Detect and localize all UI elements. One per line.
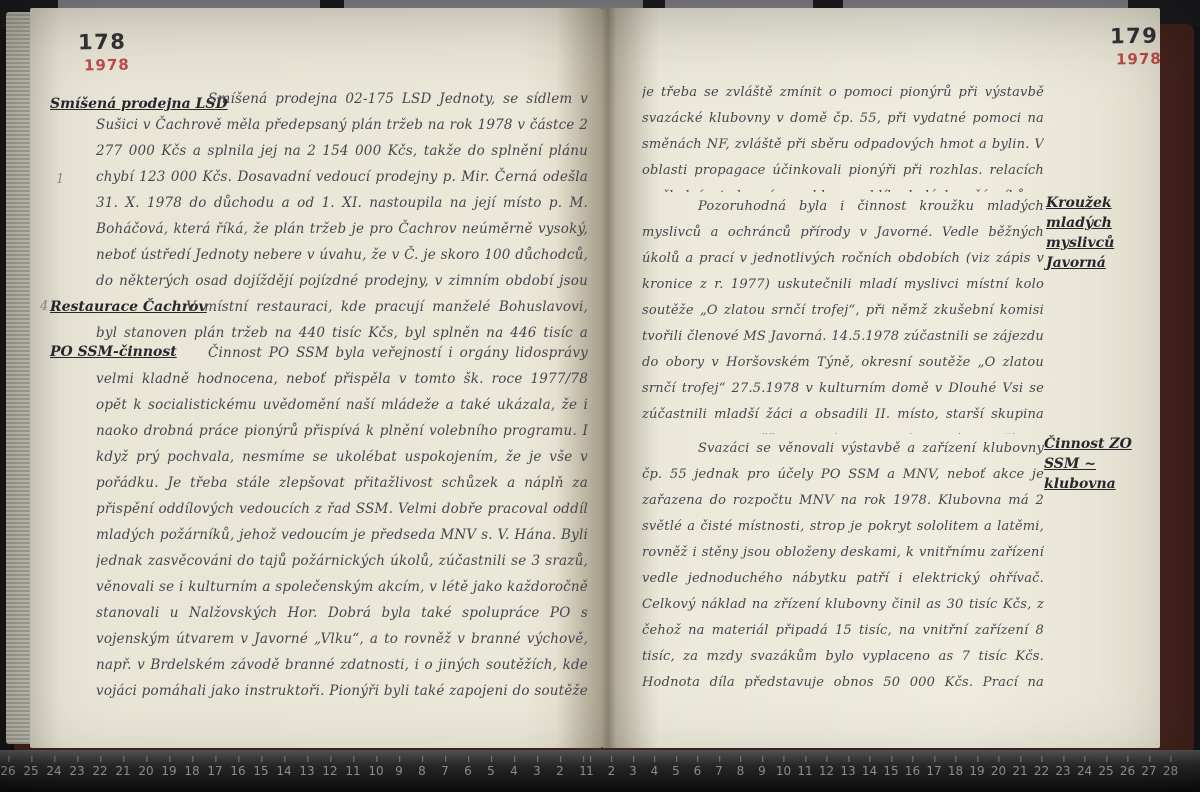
ruler-number: 19 bbox=[161, 764, 176, 778]
ruler-number: 8 bbox=[418, 764, 426, 778]
ruler-number: 3 bbox=[533, 764, 541, 778]
ruler-number: 11 bbox=[797, 764, 812, 778]
heading-krouzek-myslivcu: Kroužek mladých myslivců Javorná bbox=[1046, 193, 1174, 273]
ruler-number: 7 bbox=[715, 764, 723, 778]
ruler-number: 14 bbox=[276, 764, 291, 778]
ruler: 2625242322212019181716151413121110987654… bbox=[0, 750, 1200, 792]
ruler-number: 9 bbox=[758, 764, 766, 778]
ruler-number: 22 bbox=[92, 764, 107, 778]
ruler-number: 11 bbox=[345, 764, 360, 778]
ruler-number: 26 bbox=[1120, 764, 1135, 778]
chronicle-photo: 178 1978 179 1978 Smíšená prodejna LSD 1… bbox=[0, 0, 1200, 792]
ruler-number: 6 bbox=[694, 764, 702, 778]
paragraph-mladi-myslivci: Pozoruhodná byla i činnost kroužku mladý… bbox=[642, 194, 1044, 434]
heading-cinnost-zo-ssm: Činnost ZO SSM ~ klubovna bbox=[1044, 434, 1172, 494]
ruler-number: 12 bbox=[819, 764, 834, 778]
page-number-right: 179 bbox=[1110, 24, 1159, 49]
ruler-number: 18 bbox=[184, 764, 199, 778]
ruler-number: 28 bbox=[1163, 764, 1178, 778]
ruler-number: 23 bbox=[1055, 764, 1070, 778]
ruler-number: 26 bbox=[0, 764, 15, 778]
paragraph-pionyri-pomoc: je třeba se zvláště zmínit o pomoci pion… bbox=[642, 80, 1044, 192]
ruler-number: 17 bbox=[207, 764, 222, 778]
ruler-number: 7 bbox=[441, 764, 449, 778]
ruler-number: 22 bbox=[1034, 764, 1049, 778]
ruler-number: 15 bbox=[253, 764, 268, 778]
ruler-number: 13 bbox=[299, 764, 314, 778]
ruler-number: 25 bbox=[1098, 764, 1113, 778]
ruler-number: 2 bbox=[608, 764, 616, 778]
ruler-number: 13 bbox=[840, 764, 855, 778]
page-number-left: 178 bbox=[78, 30, 127, 55]
ruler-number: 10 bbox=[368, 764, 383, 778]
paragraph-restaurace: V místní restauraci, kde pracují manželé… bbox=[96, 294, 588, 346]
ruler-number: 4 bbox=[510, 764, 518, 778]
margin-pencil-mark: 1 bbox=[56, 172, 64, 187]
ruler-number: 25 bbox=[23, 764, 38, 778]
paragraph-smisena-prodejna: Smíšená prodejna 02-175 LSD Jednoty, se … bbox=[96, 86, 588, 292]
ruler-number: 9 bbox=[395, 764, 403, 778]
ruler-number: 8 bbox=[737, 764, 745, 778]
ruler-number: 6 bbox=[464, 764, 472, 778]
ruler-number: 12 bbox=[322, 764, 337, 778]
paragraph-po-ssm: Činnost PO SSM byla veřejností i orgány … bbox=[96, 340, 588, 706]
ruler-number: 5 bbox=[672, 764, 680, 778]
year-stamp-right: 1978 bbox=[1116, 50, 1162, 69]
ruler-number: 17 bbox=[926, 764, 941, 778]
ruler-number: 16 bbox=[905, 764, 920, 778]
ruler-number: 2 bbox=[556, 764, 564, 778]
ruler-number: 3 bbox=[629, 764, 637, 778]
ruler-number: 20 bbox=[138, 764, 153, 778]
year-stamp-left: 1978 bbox=[84, 56, 130, 75]
ruler-number: 24 bbox=[46, 764, 61, 778]
ruler-number: 4 bbox=[651, 764, 659, 778]
ruler-number: 21 bbox=[115, 764, 130, 778]
ruler-number: 27 bbox=[1141, 764, 1156, 778]
ruler-number: 20 bbox=[991, 764, 1006, 778]
ruler-number: 5 bbox=[487, 764, 495, 778]
ruler-number: 18 bbox=[948, 764, 963, 778]
ruler-number: 23 bbox=[69, 764, 84, 778]
ruler-number: 24 bbox=[1077, 764, 1092, 778]
ruler-number: 21 bbox=[1012, 764, 1027, 778]
ruler-number: 14 bbox=[862, 764, 877, 778]
ruler-number: 1 bbox=[586, 764, 594, 778]
ruler-number: 15 bbox=[883, 764, 898, 778]
paragraph-svazaci-klubovna: Svazáci se věnovali výstavbě a zařízení … bbox=[642, 436, 1044, 698]
ruler-number: 10 bbox=[776, 764, 791, 778]
margin-pencil-mark: 4 bbox=[40, 299, 48, 314]
ruler-number: 16 bbox=[230, 764, 245, 778]
ruler-number: 19 bbox=[969, 764, 984, 778]
